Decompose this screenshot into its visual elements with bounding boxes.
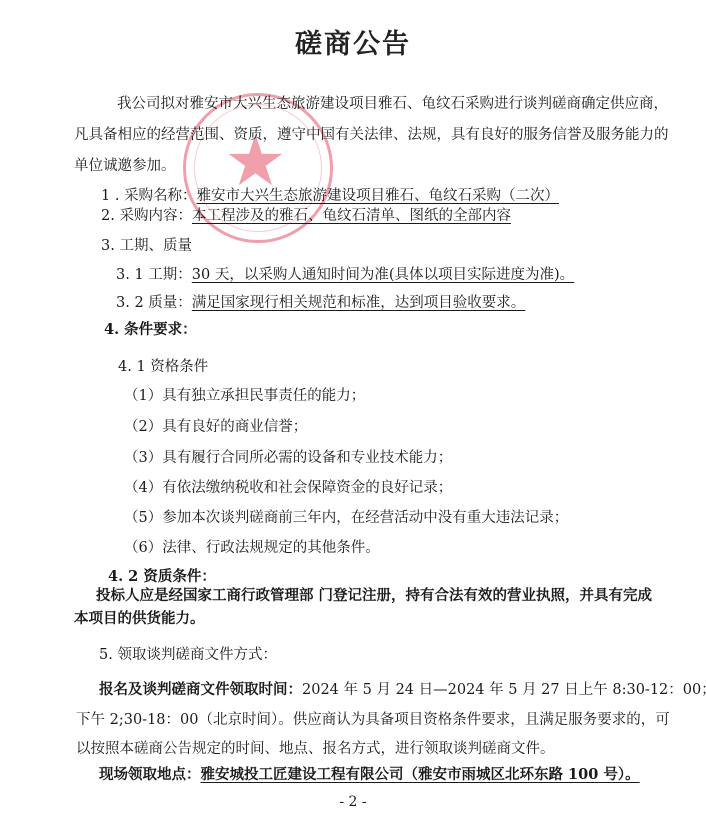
collection-location-label: 现场领取地点： xyxy=(99,766,201,783)
construction-period-label: 3. 1 工期： xyxy=(116,267,192,283)
collection-time: 报名及谈判磋商文件领取时间：2024 年 5 月 24 日—2024 年 5 月… xyxy=(99,681,706,699)
procurement-name-value: 雅安市大兴生态旅游建设项目雅石、龟纹石采购（二次） xyxy=(197,188,560,204)
construction-period-value: 30 天，以采购人通知时间为准(具体以项目实际进度为准)。 xyxy=(192,267,574,283)
section-3-heading: 3. 工期、质量 xyxy=(101,237,192,255)
collection-location-value: 雅安城投工匠建设工程有限公司（雅安市雨城区北环东路 100 号）。 xyxy=(201,766,640,783)
condition-item: （4）有依法缴纳税收和社会保障资金的良好记录； xyxy=(124,479,452,497)
certification-line-2: 本项目的供货能力。 xyxy=(74,610,205,628)
certification-heading: 4. 2 资质条件： xyxy=(108,568,216,586)
condition-item: （6）法律、行政法规规定的其他条件。 xyxy=(124,539,380,557)
procurement-content-label: 2. 采购内容： xyxy=(101,208,192,224)
quality-value: 满足国家现行相关规范和标准，达到项目验收要求。 xyxy=(192,295,526,311)
quality-requirement: 3. 2 质量：满足国家现行相关规范和标准，达到项目验收要求。 xyxy=(116,294,525,312)
collection-time-value: 2024 年 5 月 24 日—2024 年 5 月 27 日上午 8:30-1… xyxy=(302,682,706,698)
certification-line-1: 投标人应是经国家工商行政管理部 门登记注册，持有合法有效的营业执照，并具有完成 xyxy=(96,587,652,605)
section-4-heading: 4. 条件要求： xyxy=(104,321,197,339)
condition-item: （2）具有良好的商业信誉； xyxy=(124,418,307,436)
procurement-content-value: 本工程涉及的雅石、龟纹石清单、图纸的全部内容 xyxy=(192,208,511,224)
intro-line-1: 我公司拟对雅安市大兴生态旅游建设项目雅石、龟纹石采购进行谈判磋商确定供应商， xyxy=(117,95,668,113)
construction-period: 3. 1 工期：30 天，以采购人通知时间为准(具体以项目实际进度为准)。 xyxy=(116,266,574,284)
page-title: 磋商公告 xyxy=(0,22,706,61)
intro-line-3: 单位诚邀参加。 xyxy=(74,157,176,175)
page-number: - 2 - xyxy=(0,794,706,810)
condition-item: （5）参加本次谈判磋商前三年内，在经营活动中没有重大违法记录； xyxy=(124,509,568,527)
quality-label: 3. 2 质量： xyxy=(116,295,192,311)
intro-line-2: 凡具备相应的经营范围、资质，遵守中国有关法律、法规，具有良好的服务信誉及服务能力… xyxy=(74,126,669,144)
collection-time-line-3: 以按照本磋商公告规定的时间、地点、报名方式，进行领取谈判磋商文件。 xyxy=(76,740,555,758)
procurement-content: 2. 采购内容：本工程涉及的雅石、龟纹石清单、图纸的全部内容 xyxy=(101,207,511,225)
section-5-heading: 5. 领取谈判磋商文件方式： xyxy=(99,646,277,664)
procurement-name: 1 . 采购名称：雅安市大兴生态旅游建设项目雅石、龟纹石采购（二次） xyxy=(101,187,559,205)
collection-location: 现场领取地点：雅安城投工匠建设工程有限公司（雅安市雨城区北环东路 100 号）。 xyxy=(99,766,640,784)
condition-item: （3）具有履行合同所必需的设备和专业技术能力； xyxy=(124,449,452,467)
qualification-heading: 4. 1 资格条件 xyxy=(118,358,208,376)
condition-item: （1）具有独立承担民事责任的能力； xyxy=(124,387,365,405)
collection-time-label: 报名及谈判磋商文件领取时间： xyxy=(99,681,302,698)
collection-time-line-2: 下午 2;30-18：00（北京时间）。供应商认为具备项目资格条件要求，且满足服… xyxy=(76,711,670,729)
procurement-name-label: 1 . 采购名称： xyxy=(101,188,197,204)
